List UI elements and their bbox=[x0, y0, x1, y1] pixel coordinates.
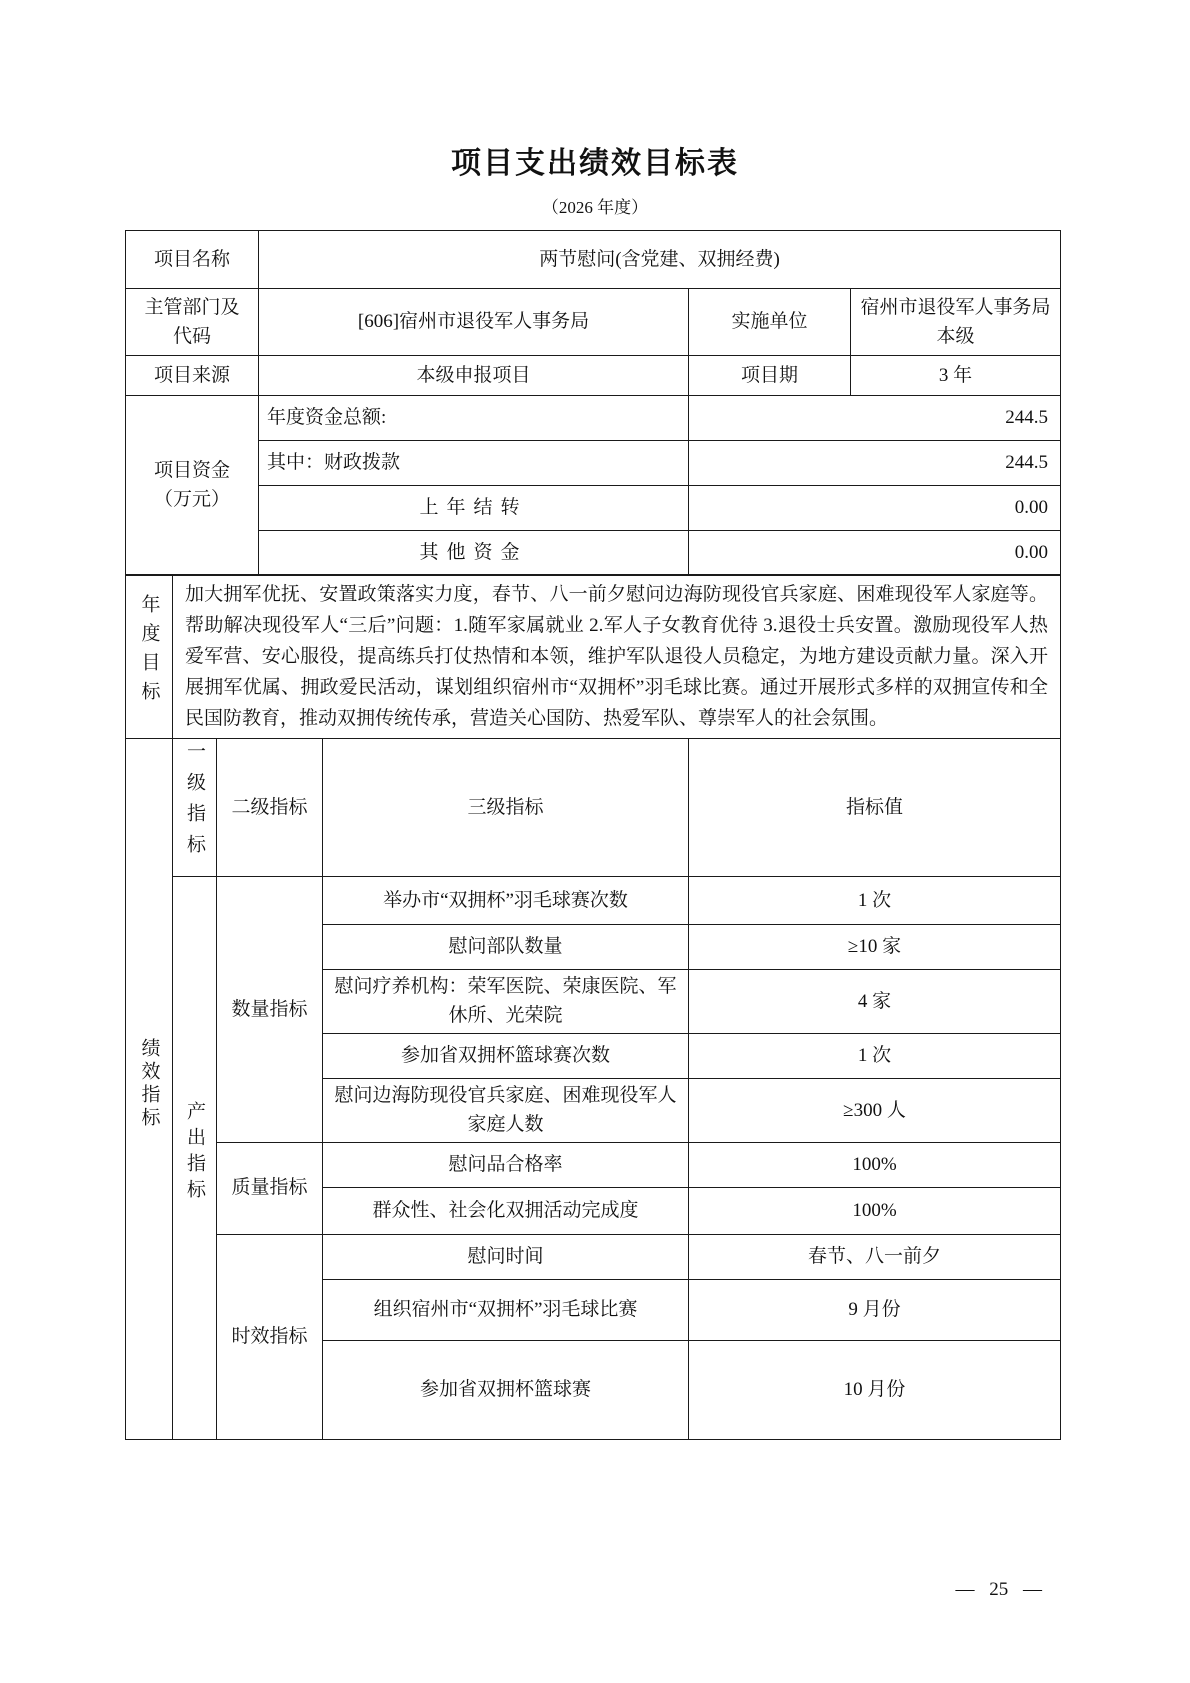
header-level1: 一级指标 bbox=[173, 738, 217, 876]
funding-other-label: 其他资金 bbox=[259, 530, 689, 575]
indicator-value: 4 家 bbox=[689, 969, 1061, 1033]
table-row: 主管部门及 代码 [606]宿州市退役军人事务局 实施单位 宿州市退役军人事务局… bbox=[126, 289, 1061, 356]
table-row: 项目资金 （万元） 年度资金总额: 244.5 bbox=[126, 395, 1061, 440]
group-quantity-label: 数量指标 bbox=[217, 876, 323, 1142]
header-level3: 三级指标 bbox=[323, 738, 689, 876]
dept-value: [606]宿州市退役军人事务局 bbox=[259, 289, 689, 356]
impl-unit-label: 实施单位 bbox=[689, 289, 851, 356]
page-number: — 25 — bbox=[956, 1578, 1043, 1602]
table-row: 质量指标 慰问品合格率 100% bbox=[126, 1142, 1061, 1187]
project-name-value: 两节慰问(含党建、双拥经费) bbox=[259, 231, 1061, 289]
funding-other-value: 0.00 bbox=[689, 530, 1061, 575]
project-info-table: 项目名称 两节慰问(含党建、双拥经费) 主管部门及 代码 [606]宿州市退役军… bbox=[125, 230, 1061, 396]
project-source-value: 本级申报项目 bbox=[259, 356, 689, 396]
funding-total-label: 年度资金总额: bbox=[259, 395, 689, 440]
annual-goal-label: 年度目标 bbox=[126, 575, 173, 739]
project-source-label: 项目来源 bbox=[126, 356, 259, 396]
indicator-value: 1 次 bbox=[689, 1033, 1061, 1078]
table-row: 上年结转 0.00 bbox=[126, 485, 1061, 530]
funding-table: 项目资金 （万元） 年度资金总额: 244.5 其中：财政拨款 244.5 上年… bbox=[125, 395, 1061, 576]
annual-goal-table: 年度目标 加大拥军优抚、安置政策落实力度，春节、八一前夕慰问边海防现役官兵家庭、… bbox=[125, 574, 1061, 739]
header-value: 指标值 bbox=[689, 738, 1061, 876]
table-row: 其他资金 0.00 bbox=[126, 530, 1061, 575]
annual-goal-label-text: 年度目标 bbox=[140, 594, 159, 710]
indicator-name: 慰问部队数量 bbox=[323, 924, 689, 969]
indicator-name: 慰问疗养机构：荣军医院、荣康医院、军休所、光荣院 bbox=[323, 969, 689, 1033]
page-title: 项目支出绩效目标表 bbox=[0, 147, 1190, 181]
indicator-value: ≥300 人 bbox=[689, 1078, 1061, 1142]
table-row: 其中：财政拨款 244.5 bbox=[126, 440, 1061, 485]
level1-group-output-text: 产出指标 bbox=[185, 1101, 204, 1205]
indicator-value: 1 次 bbox=[689, 876, 1061, 924]
indicators-section-label-text: 绩效指标 bbox=[140, 1038, 159, 1130]
impl-unit-value: 宿州市退役军人事务局本级 bbox=[851, 289, 1061, 356]
dept-label-line2: 代码 bbox=[134, 322, 250, 351]
indicators-section-label: 绩效指标 bbox=[126, 738, 173, 1439]
page-subtitle: （2026 年度） bbox=[0, 197, 1190, 219]
table-row: 项目来源 本级申报项目 项目期 3 年 bbox=[126, 356, 1061, 396]
table-row: 时效指标 慰问时间 春节、八一前夕 bbox=[126, 1234, 1061, 1279]
indicator-name: 举办市“双拥杯”羽毛球赛次数 bbox=[323, 876, 689, 924]
indicator-value: ≥10 家 bbox=[689, 924, 1061, 969]
table-row: 绩效指标 一级指标 二级指标 三级指标 指标值 bbox=[126, 738, 1061, 876]
funding-carryover-value: 0.00 bbox=[689, 485, 1061, 530]
indicator-value: 100% bbox=[689, 1142, 1061, 1187]
indicator-value: 9 月份 bbox=[689, 1279, 1061, 1340]
project-name-label: 项目名称 bbox=[126, 231, 259, 289]
table-row: 产出指标 数量指标 举办市“双拥杯”羽毛球赛次数 1 次 bbox=[126, 876, 1061, 924]
group-timeliness-label: 时效指标 bbox=[217, 1234, 323, 1439]
indicator-name: 参加省双拥杯篮球赛次数 bbox=[323, 1033, 689, 1078]
group-quality-label: 质量指标 bbox=[217, 1142, 323, 1234]
project-period-value: 3 年 bbox=[851, 356, 1061, 396]
funding-label-line1: 项目资金 bbox=[134, 456, 250, 485]
funding-fiscal-value: 244.5 bbox=[689, 440, 1061, 485]
table-row: 项目名称 两节慰问(含党建、双拥经费) bbox=[126, 231, 1061, 289]
indicator-value: 100% bbox=[689, 1187, 1061, 1234]
level1-group-output: 产出指标 bbox=[173, 876, 217, 1439]
funding-fiscal-label: 其中：财政拨款 bbox=[259, 440, 689, 485]
indicator-value: 春节、八一前夕 bbox=[689, 1234, 1061, 1279]
indicator-name: 组织宿州市“双拥杯”羽毛球比赛 bbox=[323, 1279, 689, 1340]
indicator-name: 群众性、社会化双拥活动完成度 bbox=[323, 1187, 689, 1234]
indicator-name: 参加省双拥杯篮球赛 bbox=[323, 1340, 689, 1439]
indicators-table: 绩效指标 一级指标 二级指标 三级指标 指标值 产出指标 数量指标 举办市“双拥… bbox=[125, 738, 1061, 1440]
funding-carryover-label: 上年结转 bbox=[259, 485, 689, 530]
funding-label: 项目资金 （万元） bbox=[126, 395, 259, 575]
indicator-name: 慰问边海防现役官兵家庭、困难现役军人家庭人数 bbox=[323, 1078, 689, 1142]
annual-goal-text: 加大拥军优抚、安置政策落实力度，春节、八一前夕慰问边海防现役官兵家庭、困难现役军… bbox=[173, 575, 1061, 739]
funding-label-line2: （万元） bbox=[134, 485, 250, 514]
dept-label-line1: 主管部门及 bbox=[134, 293, 250, 322]
indicator-name: 慰问品合格率 bbox=[323, 1142, 689, 1187]
funding-total-value: 244.5 bbox=[689, 395, 1061, 440]
header-level1-text: 一级指标 bbox=[185, 741, 204, 865]
header-level2: 二级指标 bbox=[217, 738, 323, 876]
indicator-value: 10 月份 bbox=[689, 1340, 1061, 1439]
indicator-name: 慰问时间 bbox=[323, 1234, 689, 1279]
project-period-label: 项目期 bbox=[689, 356, 851, 396]
table-row: 年度目标 加大拥军优抚、安置政策落实力度，春节、八一前夕慰问边海防现役官兵家庭、… bbox=[126, 575, 1061, 739]
dept-label: 主管部门及 代码 bbox=[126, 289, 259, 356]
document-page: 项目支出绩效目标表 （2026 年度） 项目名称 两节慰问(含党建、双拥经费) … bbox=[0, 0, 1190, 1683]
